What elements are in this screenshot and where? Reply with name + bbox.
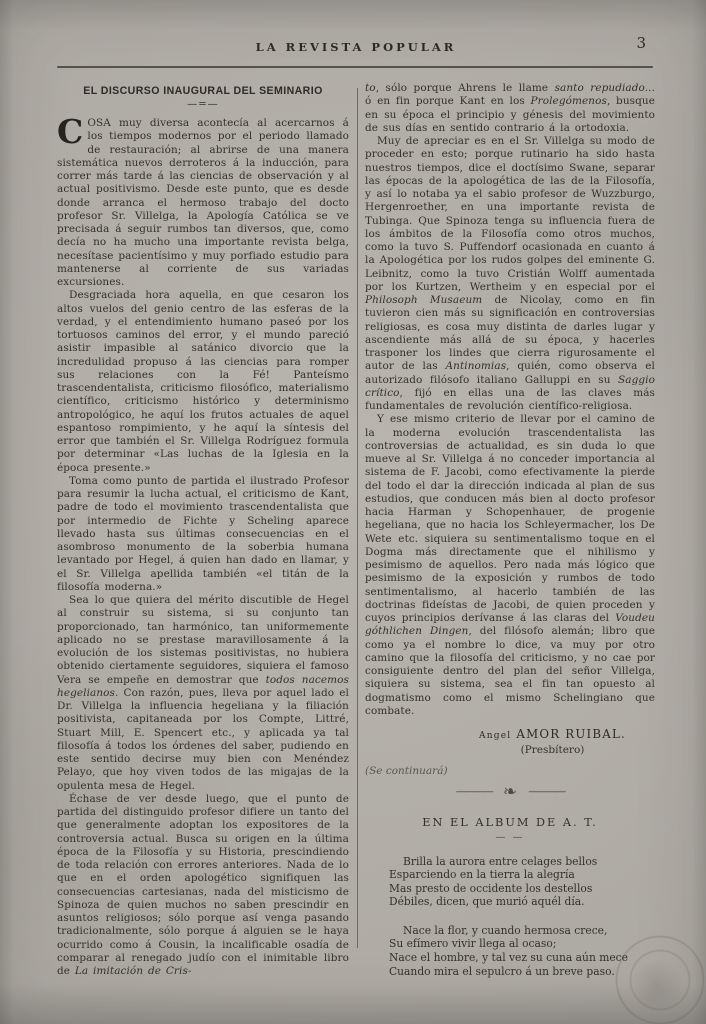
text-run: Toma como punto de partida el ilustrado … xyxy=(57,475,349,593)
text-run: Muy de apreciar es en el Sr. Villelga su… xyxy=(365,135,655,293)
album-section-heading: EN EL ALBUM DE A. T. xyxy=(365,816,655,829)
right-column: to, sólo porque Ahrens le llame santo re… xyxy=(365,76,655,994)
byline-author-surname: AMOR RUIBAL. xyxy=(516,727,626,741)
text-run: ó en fin porque Kant en los xyxy=(365,95,531,107)
poem-line: Nace el hombre, y tal vez su cuna aún me… xyxy=(389,951,655,965)
poem-line: Débiles, dicen, que murió aquél día. xyxy=(389,895,655,909)
italic-text-run: La imitación de Cris- xyxy=(75,965,192,977)
italic-text-run: Antinomias xyxy=(446,360,507,372)
ornament-dash-right: ———— xyxy=(528,785,564,798)
title-ornament: —=— xyxy=(57,99,349,110)
masthead-title: LA REVISTA POPULAR xyxy=(57,40,655,54)
text-run: . Con razón, pues, lleva por aquel lado … xyxy=(57,687,349,792)
floral-ornament-icon: ❧ xyxy=(503,782,517,802)
poem-line: Esparciendo en la tierra la alegría xyxy=(389,868,655,882)
paragraph: Y ese mismo criterio de llevar por el ca… xyxy=(365,413,655,718)
paragraph: to, sólo porque Ahrens le llame santo re… xyxy=(365,82,655,135)
byline-author-first-name: Angel xyxy=(479,731,511,741)
header-rule xyxy=(57,66,653,68)
text-run: , sólo porque Ahrens le llame xyxy=(376,82,555,94)
paragraph: Toma como punto de partida el ilustrado … xyxy=(57,475,349,594)
poem: Brilla la aurora entre celages bellosEsp… xyxy=(389,855,655,979)
section-divider-ornament: ———— ❧ ———— xyxy=(365,781,655,802)
poem-line: Mas presto de occidente los destellos xyxy=(389,882,655,896)
italic-text-run: santo repudiado... xyxy=(555,82,655,94)
poem-line: Brilla la aurora entre celages bellos xyxy=(389,855,655,869)
page-header: LA REVISTA POPULAR xyxy=(57,40,655,54)
text-run: Échase de ver desde luego, que el punto … xyxy=(57,793,349,977)
album-heading-rule: — — xyxy=(365,832,655,843)
drop-cap-initial: C xyxy=(57,117,87,145)
byline-role: (Presbítero) xyxy=(450,744,655,756)
continuation-note: (Se continuará) xyxy=(365,765,655,777)
ornament-dash-left: ———— xyxy=(456,785,492,798)
two-column-layout: EL DISCURSO INAUGURAL DEL SEMINARIO —=— … xyxy=(57,76,655,994)
paragraph: Sea lo que quiera del mérito discutible … xyxy=(57,594,349,793)
article-title: EL DISCURSO INAUGURAL DEL SEMINARIO xyxy=(57,85,349,97)
poem-line: Su efímero vivir llega al ocaso; xyxy=(389,937,655,951)
text-run: Y ese mismo criterio de llevar por el ca… xyxy=(365,413,655,624)
italic-text-run: Philosoph Musaeum xyxy=(365,294,482,306)
left-column-body: COSA muy diversa acontecía al acercarnos… xyxy=(57,117,349,978)
library-stamp xyxy=(616,936,704,1024)
text-run: , del filósofo alemán; libro que como ya… xyxy=(365,625,655,717)
text-run: Sea lo que quiera del mérito discutible … xyxy=(57,594,349,686)
byline: Angel AMOR RUIBAL. xyxy=(450,723,655,742)
scanned-newspaper-page: LA REVISTA POPULAR 3 EL DISCURSO INAUGUR… xyxy=(0,0,706,1024)
stanza: Nace la flor, y cuando hermosa crece,Su … xyxy=(389,924,655,978)
text-run: Desgraciada hora aquella, en que cesaron… xyxy=(57,289,349,473)
left-column: EL DISCURSO INAUGURAL DEL SEMINARIO —=— … xyxy=(57,76,349,994)
page-number: 3 xyxy=(636,34,646,52)
italic-text-run: to xyxy=(365,82,376,94)
paragraph: Échase de ver desde luego, que el punto … xyxy=(57,793,349,979)
paragraph: Muy de apreciar es en el Sr. Villelga su… xyxy=(365,135,655,413)
right-column-body: to, sólo porque Ahrens le llame santo re… xyxy=(365,82,655,718)
paragraph: COSA muy diversa acontecía al acercarnos… xyxy=(57,117,349,289)
text-run: OSA muy diversa acontecía al acercarnos … xyxy=(57,117,349,288)
italic-text-run: Prolegómenos xyxy=(531,95,607,107)
text-run: , fijó en ellas una de las claves más fu… xyxy=(365,387,655,412)
poem-line: Nace la flor, y cuando hermosa crece, xyxy=(389,924,655,938)
paragraph: Desgraciada hora aquella, en que cesaron… xyxy=(57,289,349,475)
column-divider-rule xyxy=(357,88,358,948)
stanza: Brilla la aurora entre celages bellosEsp… xyxy=(389,855,655,909)
